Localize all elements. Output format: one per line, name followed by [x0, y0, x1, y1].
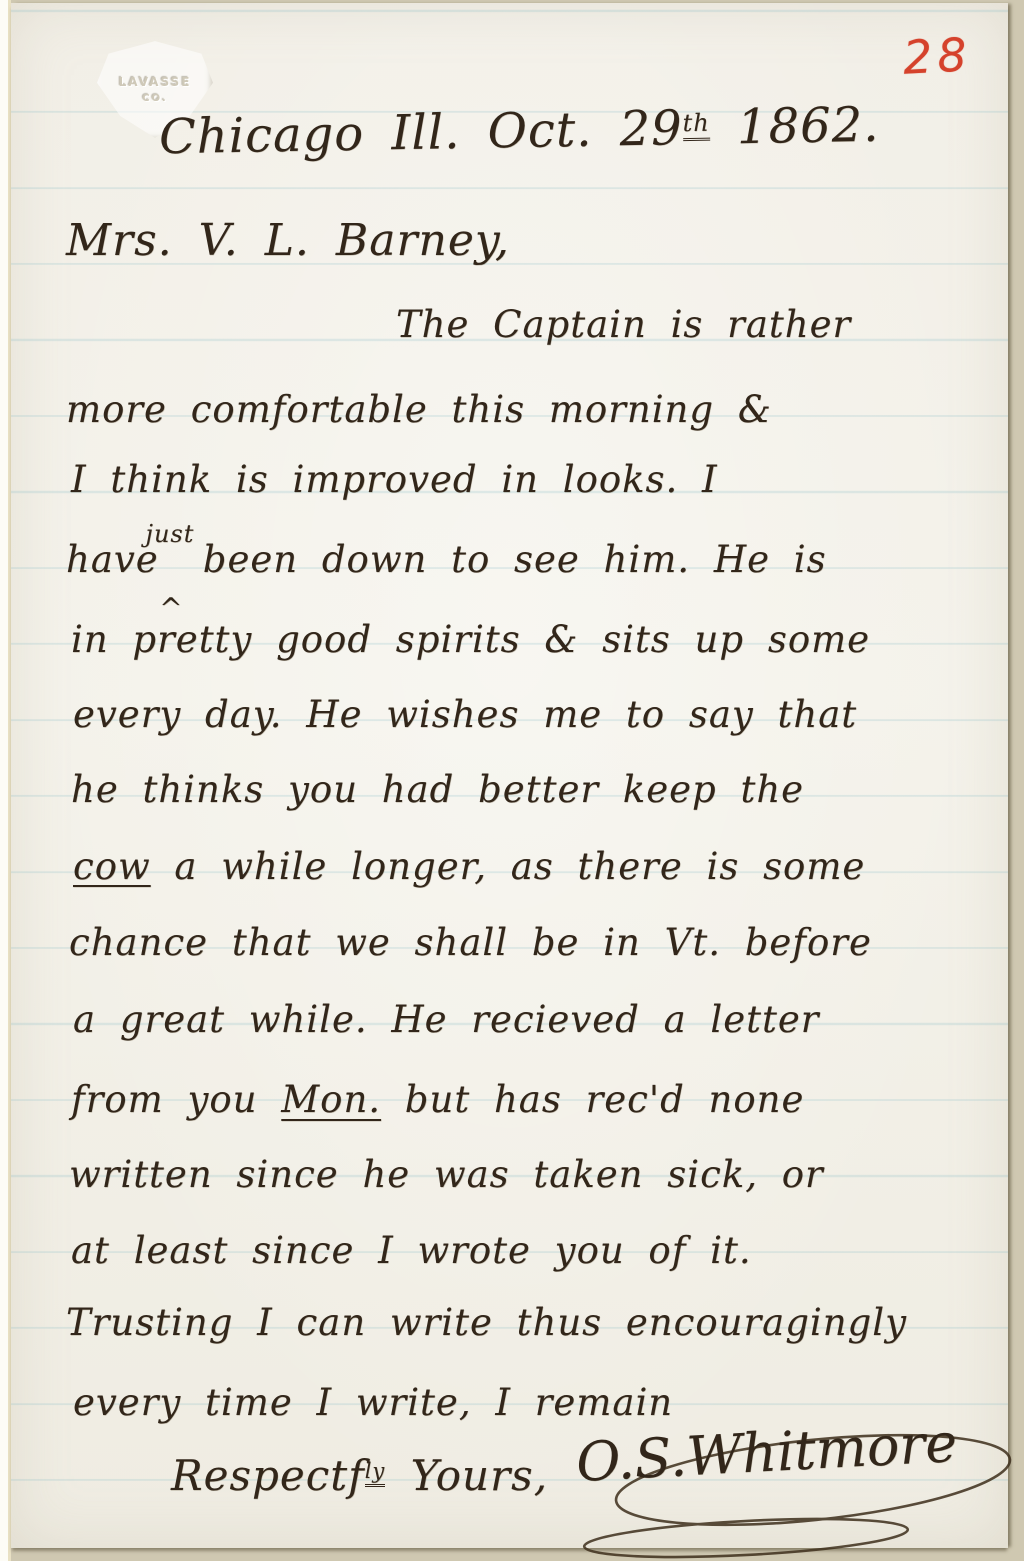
body-line-4: havejust^ been down to see him. He is	[66, 538, 827, 581]
body-line-2: more comfortable this morning &	[66, 388, 772, 431]
body-line-9: chance that we shall be in Vt. before	[69, 921, 872, 964]
inserted-word: just	[146, 520, 195, 548]
body-line-3: I think is improved in looks. I	[71, 458, 718, 501]
body-line-8-rest: a while longer, as there is some	[151, 845, 866, 888]
dateline: Chicago Ill. Oct. 29th 1862.	[159, 97, 880, 166]
body-line-8: cow a while longer, as there is some	[73, 845, 865, 888]
body-line-6: every day. He wishes me to say that	[73, 693, 857, 736]
closing-post: Yours,	[385, 1451, 548, 1500]
scanned-letter-page: LAVASSE CO. 28 Chicago Ill. Oct. 29th 18…	[0, 0, 1024, 1561]
body-line-11-pre: from you	[71, 1078, 281, 1121]
body-line-14: Trusting I can write thus encouragingly	[66, 1301, 907, 1344]
salutation: Mrs. V. L. Barney,	[66, 215, 510, 266]
dateline-main: Chicago Ill. Oct. 29	[159, 100, 684, 165]
letter-paper: LAVASSE CO. 28 Chicago Ill. Oct. 29th 18…	[11, 3, 1008, 1548]
body-line-12: written since he was taken sick, or	[69, 1153, 824, 1196]
dateline-ordinal-superscript: th	[682, 108, 710, 140]
closing-superscript: ly	[365, 1459, 386, 1487]
underlined-word-cow: cow	[73, 845, 151, 888]
closing-pre: Respectf	[171, 1451, 365, 1500]
body-line-13: at least since I wrote you of it.	[71, 1229, 752, 1272]
red-page-number: 28	[902, 27, 973, 85]
body-line-4-post: been down to see him. He is	[179, 538, 827, 581]
body-line-7: he thinks you had better keep the	[71, 768, 804, 811]
body-line-1: The Captain is rather	[396, 303, 851, 346]
body-line-10: a great while. He recieved a letter	[73, 998, 819, 1041]
underlined-word-mon: Mon.	[281, 1078, 381, 1121]
body-line-15: every time I write, I remain	[73, 1381, 673, 1424]
stamp-text-line2: CO.	[142, 93, 167, 104]
dateline-year: 1862.	[709, 97, 880, 156]
body-line-11-post: but has rec'd none	[381, 1078, 804, 1121]
stamp-text-line1: LAVASSE	[119, 75, 192, 89]
body-line-11: from you Mon. but has rec'd none	[71, 1078, 804, 1121]
closing: Respectfly Yours,	[171, 1451, 548, 1500]
body-line-5: in pretty good spirits & sits up some	[71, 618, 870, 661]
